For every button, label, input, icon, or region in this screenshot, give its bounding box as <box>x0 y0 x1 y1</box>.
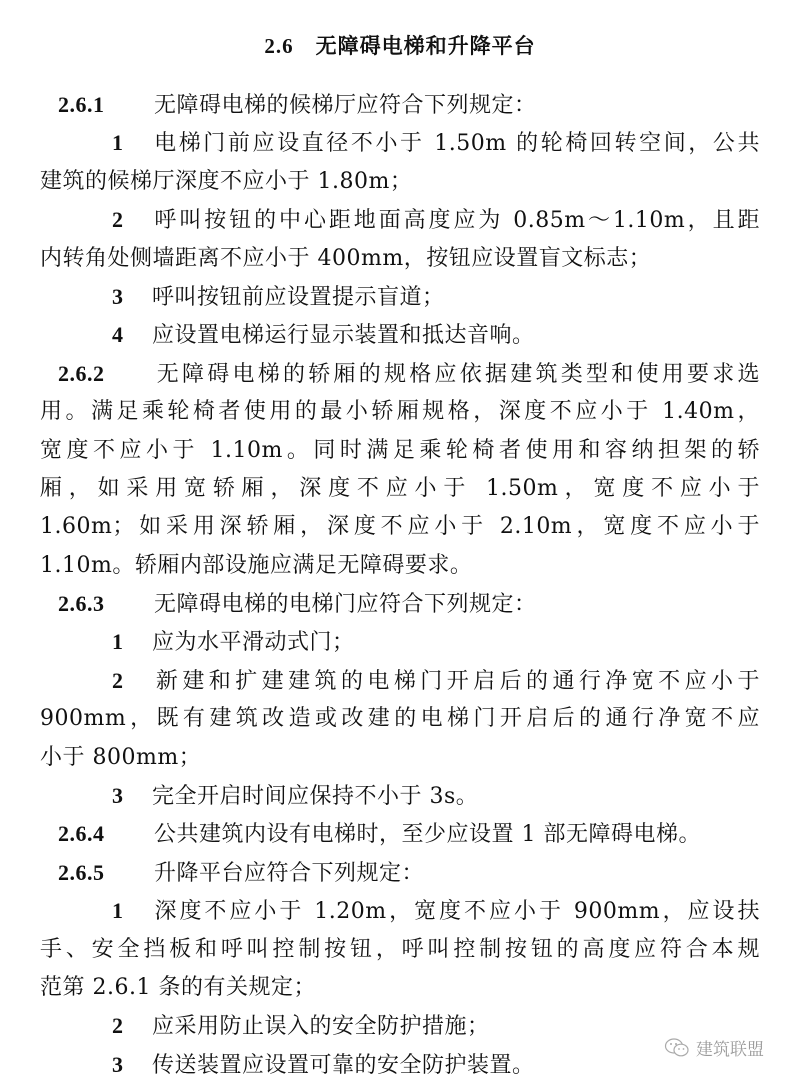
section-number: 2.6 <box>264 34 293 58</box>
clause-number: 2.6.3 <box>58 585 154 623</box>
item-number: 2 <box>112 201 152 239</box>
line-text: 内转角处侧墙距离不应小于 400mm，按钮应设置盲文标志； <box>40 246 651 271</box>
clause-number: 2.6.4 <box>58 815 154 853</box>
item-number: 1 <box>112 623 152 661</box>
continuation-line: 用。满足乘轮椅者使用的最小轿厢规格，深度不应小于 1.40m， <box>40 393 760 431</box>
item-line: 2呼叫按钮的中心距地面高度应为 0.85m～1.10m，且距 <box>40 201 760 239</box>
item-number: 4 <box>112 316 152 354</box>
line-text: 无障碍电梯的轿厢的规格应依据建筑类型和使用要求选 <box>154 362 760 387</box>
continuation-line: 900mm，既有建筑改造或改建的电梯门开启后的通行净宽不应 <box>40 700 760 738</box>
watermark-text: 建筑联盟 <box>696 1035 764 1060</box>
item-line: 4应设置电梯运行显示装置和抵达音响。 <box>40 316 760 354</box>
item-line: 1电梯门前应设直径不小于 1.50m 的轮椅回转空间，公共 <box>40 124 760 162</box>
line-text: 深度不应小于 1.20m，宽度不应小于 900mm，应设扶 <box>152 899 760 924</box>
item-number: 3 <box>112 278 152 316</box>
document-body: 2.6.1无障碍电梯的候梯厅应符合下列规定：1电梯门前应设直径不小于 1.50m… <box>40 86 760 1084</box>
item-number: 3 <box>112 777 152 815</box>
continuation-line: 范第 2.6.1 条的有关规定； <box>40 969 760 1007</box>
line-text: 传送装置应设置可靠的安全防护装置。 <box>152 1053 535 1078</box>
item-number: 3 <box>112 1046 152 1084</box>
line-text: 手、安全挡板和呼叫控制按钮，呼叫控制按钮的高度应符合本规 <box>40 937 760 962</box>
watermark: 建筑联盟 <box>664 1035 764 1060</box>
line-text: 无障碍电梯的电梯门应符合下列规定： <box>154 592 537 617</box>
section-title: 无障碍电梯和升降平台 <box>316 34 536 58</box>
clause-number: 2.6.1 <box>58 86 154 124</box>
line-text: 呼叫按钮前应设置提示盲道； <box>152 285 445 310</box>
clause-line: 2.6.3无障碍电梯的电梯门应符合下列规定： <box>40 585 760 623</box>
line-text: 升降平台应符合下列规定： <box>154 861 424 886</box>
item-line: 2应采用防止误入的安全防护措施； <box>40 1007 760 1045</box>
line-text: 呼叫按钮的中心距地面高度应为 0.85m～1.10m，且距 <box>152 208 760 233</box>
clause-line: 2.6.5升降平台应符合下列规定： <box>40 854 760 892</box>
line-text: 用。满足乘轮椅者使用的最小轿厢规格，深度不应小于 1.40m， <box>40 399 760 424</box>
item-line: 2新建和扩建建筑的电梯门开启后的通行净宽不应小于 <box>40 662 760 700</box>
line-text: 1.10m。轿厢内部设施应满足无障碍要求。 <box>40 553 472 578</box>
clause-number: 2.6.5 <box>58 854 154 892</box>
line-text: 应为水平滑动式门； <box>152 630 355 655</box>
item-number: 1 <box>112 892 152 930</box>
continuation-line: 内转角处侧墙距离不应小于 400mm，按钮应设置盲文标志； <box>40 240 760 278</box>
clause-number: 2.6.2 <box>58 355 154 393</box>
line-text: 电梯门前应设直径不小于 1.50m 的轮椅回转空间，公共 <box>152 131 760 156</box>
item-number: 2 <box>112 1007 152 1045</box>
document-page: 2.6无障碍电梯和升降平台 2.6.1无障碍电梯的候梯厅应符合下列规定：1电梯门… <box>0 0 800 1084</box>
continuation-line: 宽度不应小于 1.10m。同时满足乘轮椅者使用和容纳担架的轿 <box>40 432 760 470</box>
continuation-line: 1.60m；如采用深轿厢，深度不应小于 2.10m，宽度不应小于 <box>40 508 760 546</box>
line-text: 900mm，既有建筑改造或改建的电梯门开启后的通行净宽不应 <box>40 706 760 731</box>
continuation-line: 1.10m。轿厢内部设施应满足无障碍要求。 <box>40 547 760 585</box>
clause-line: 2.6.1无障碍电梯的候梯厅应符合下列规定： <box>40 86 760 124</box>
clause-line: 2.6.2无障碍电梯的轿厢的规格应依据建筑类型和使用要求选 <box>40 355 760 393</box>
item-number: 2 <box>112 662 152 700</box>
wechat-icon <box>664 1037 690 1059</box>
line-text: 建筑的候梯厅深度不应小于 1.80m； <box>40 169 412 194</box>
section-heading: 2.6无障碍电梯和升降平台 <box>0 30 800 60</box>
item-line: 3完全开启时间应保持不小于 3s。 <box>40 777 760 815</box>
line-text: 1.60m；如采用深轿厢，深度不应小于 2.10m，宽度不应小于 <box>40 514 760 539</box>
line-text: 厢，如采用宽轿厢，深度不应小于 1.50m，宽度不应小于 <box>40 476 760 501</box>
line-text: 公共建筑内设有电梯时，至少应设置 1 部无障碍电梯。 <box>154 822 701 847</box>
continuation-line: 手、安全挡板和呼叫控制按钮，呼叫控制按钮的高度应符合本规 <box>40 931 760 969</box>
line-text: 完全开启时间应保持不小于 3s。 <box>152 784 478 809</box>
item-line: 3呼叫按钮前应设置提示盲道； <box>40 278 760 316</box>
line-text: 无障碍电梯的候梯厅应符合下列规定： <box>154 93 537 118</box>
line-text: 小于 800mm； <box>40 745 201 770</box>
item-line: 1应为水平滑动式门； <box>40 623 760 661</box>
line-text: 应采用防止误入的安全防护措施； <box>152 1014 490 1039</box>
item-number: 1 <box>112 124 152 162</box>
line-text: 应设置电梯运行显示装置和抵达音响。 <box>152 323 535 348</box>
item-line: 3传送装置应设置可靠的安全防护装置。 <box>40 1046 760 1084</box>
line-text: 宽度不应小于 1.10m。同时满足乘轮椅者使用和容纳担架的轿 <box>40 438 760 463</box>
line-text: 范第 2.6.1 条的有关规定； <box>40 975 316 1000</box>
continuation-line: 建筑的候梯厅深度不应小于 1.80m； <box>40 163 760 201</box>
item-line: 1深度不应小于 1.20m，宽度不应小于 900mm，应设扶 <box>40 892 760 930</box>
line-text: 新建和扩建建筑的电梯门开启后的通行净宽不应小于 <box>152 669 760 694</box>
continuation-line: 厢，如采用宽轿厢，深度不应小于 1.50m，宽度不应小于 <box>40 470 760 508</box>
continuation-line: 小于 800mm； <box>40 739 760 777</box>
clause-line: 2.6.4公共建筑内设有电梯时，至少应设置 1 部无障碍电梯。 <box>40 815 760 853</box>
